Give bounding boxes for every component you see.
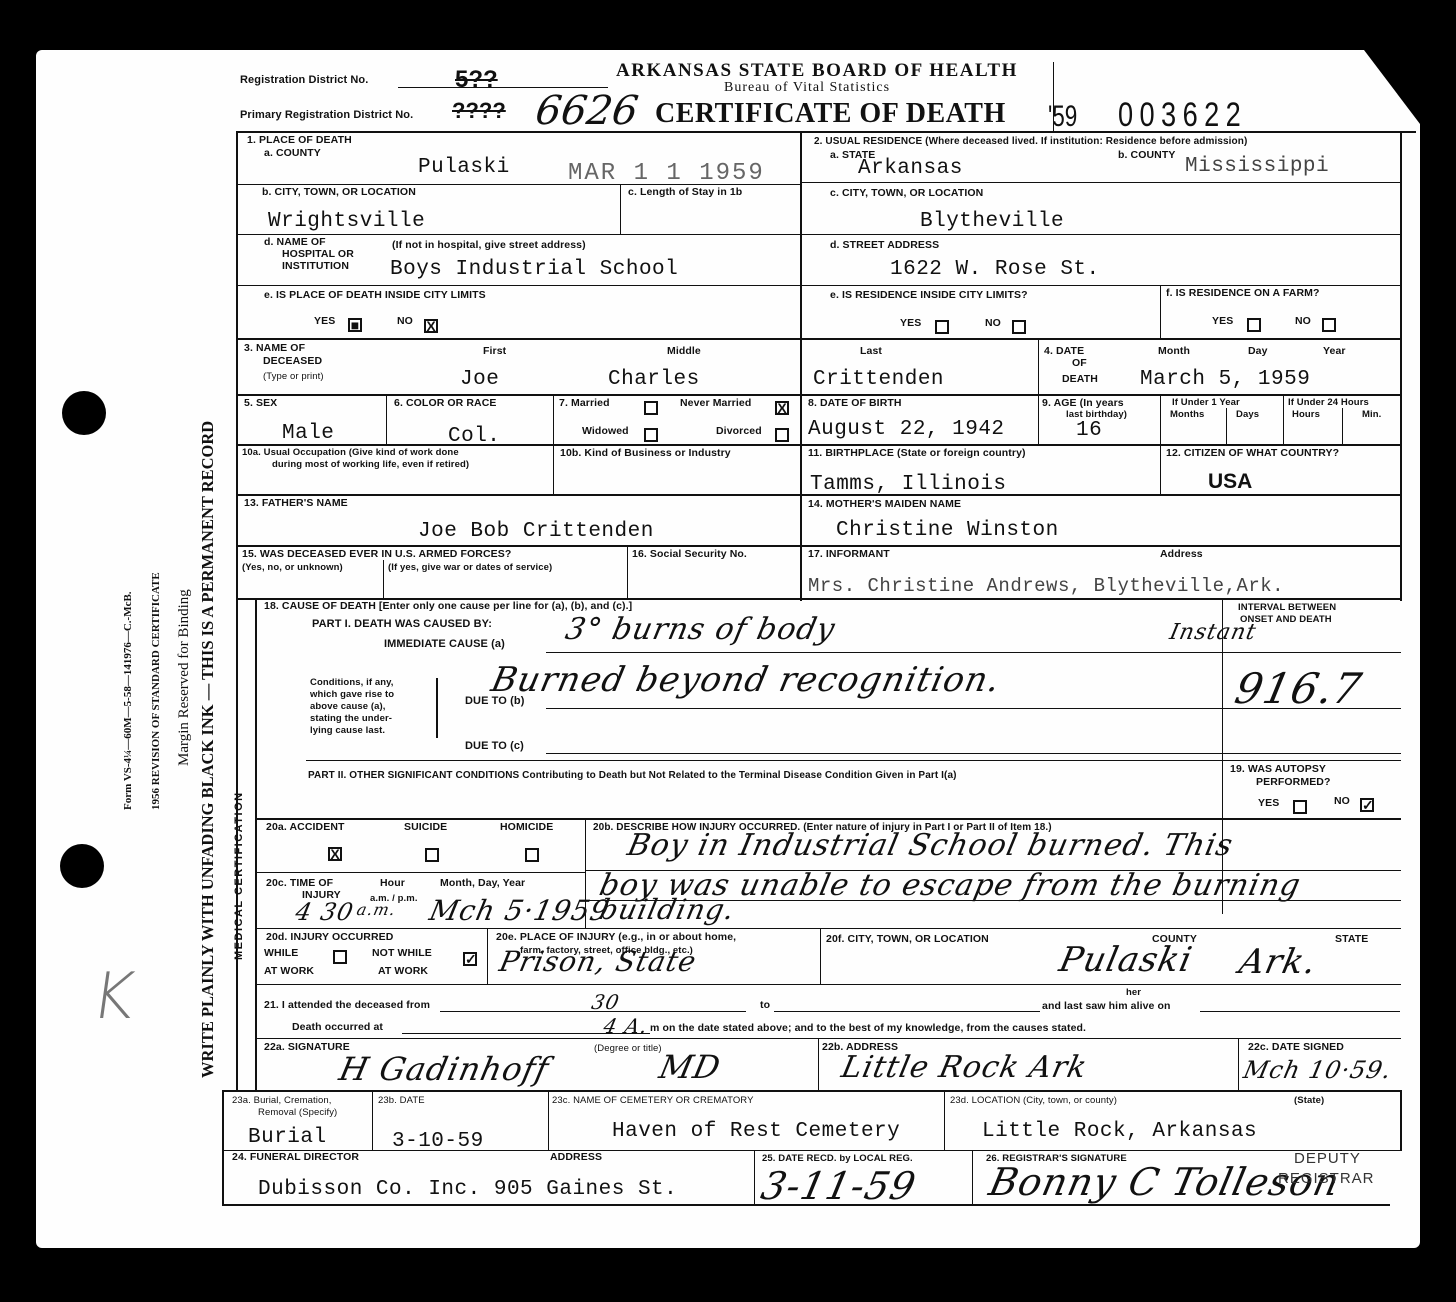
age-value: 16 (1076, 419, 1102, 442)
sex-label: 5. SEX (244, 398, 277, 409)
birthplace-label: 11. BIRTHPLACE (State or foreign country… (808, 448, 1026, 459)
agency-title: ARKANSAS STATE BOARD OF HEALTH (616, 60, 1018, 82)
conditions-note-2: which gave rise to (310, 690, 394, 700)
dod-month-label: Month (1158, 346, 1190, 357)
dob-label: 8. DATE OF BIRTH (808, 398, 902, 409)
residence-inside-no-checkbox[interactable] (1012, 320, 1026, 334)
form-bottom-border (222, 1204, 1390, 1206)
col-divider (1160, 285, 1161, 338)
sex-value: Male (282, 422, 334, 445)
injury-mdy-label: Month, Day, Year (440, 878, 525, 889)
binder-hole-bottom (60, 844, 104, 888)
date-received-label: 25. DATE RECD. by LOCAL REG. (762, 1154, 913, 1164)
col-divider (1226, 408, 1227, 444)
her-label: her (1126, 988, 1141, 998)
col-divider (1160, 394, 1161, 444)
widowed-label: Widowed (582, 426, 629, 437)
describe-injury-line-1: Boy in Industrial School burned. This (624, 828, 1236, 863)
row-divider (222, 1150, 1402, 1151)
residence-farm-label: f. IS RESIDENCE ON A FARM? (1166, 288, 1320, 299)
col-divider (820, 928, 821, 984)
inside-city-no-label: NO (397, 316, 413, 327)
injury-date-value: Mch 5·1959 (426, 894, 612, 927)
never-married-checkbox[interactable]: X (775, 401, 789, 415)
conditions-note-3: above cause (a), (310, 702, 386, 712)
middle-name-label: Middle (667, 346, 701, 357)
date-of-death-value: March 5, 1959 (1140, 368, 1310, 391)
not-while-at-work-checkbox[interactable]: ✓ (463, 952, 477, 966)
while-at-work-checkbox[interactable] (333, 950, 347, 964)
funeral-director-value: Dubisson Co. Inc. 905 Gaines St. (258, 1178, 677, 1201)
cemetery-label: 23c. NAME OF CEMETERY OR CREMATORY (552, 1096, 754, 1106)
never-married-label: Never Married (680, 398, 751, 409)
armed-forces-sub-1: (Yes, no, or unknown) (242, 563, 343, 573)
divorced-label: Divorced (716, 426, 762, 437)
age-label-1: 9. AGE (In years (1042, 398, 1124, 409)
date-of-death-label-2: OF (1072, 358, 1087, 369)
row-divider (800, 234, 1400, 235)
col-divider (1038, 338, 1039, 394)
date-signed-value: Mch 10·59. (1241, 1056, 1394, 1084)
residence-inside-yes-checkbox[interactable] (935, 320, 949, 334)
death-certificate-page (36, 50, 1420, 1248)
conditions-note-5: lying cause last. (310, 726, 385, 736)
row-divider (255, 928, 1401, 929)
homicide-label: HOMICIDE (500, 822, 553, 833)
form-left-border (236, 131, 238, 1091)
attended-to-label: to (760, 1000, 770, 1011)
col-divider (386, 394, 387, 444)
death-time-value: 4 A. (601, 1014, 650, 1038)
disposition-method-label-2: Removal (Specify) (258, 1108, 337, 1118)
row-divider (800, 182, 1400, 183)
row-divider (255, 1038, 1401, 1039)
time-of-injury-label-1: 20c. TIME OF (266, 878, 333, 889)
divorced-checkbox[interactable] (775, 428, 789, 442)
hours-label: Hours (1292, 410, 1320, 420)
inside-city-limits-label: e. IS PLACE OF DEATH INSIDE CITY LIMITS (264, 290, 486, 301)
physician-signature: H Gadinhoff (336, 1050, 553, 1088)
days-label: Days (1236, 410, 1259, 420)
injury-time-value: 4 30 (293, 898, 356, 926)
col-divider (818, 1038, 819, 1090)
row-divider (236, 545, 1402, 547)
inside-city-no-checkbox[interactable]: X (424, 319, 438, 333)
residence-street-label: d. STREET ADDRESS (830, 240, 939, 251)
primary-registration-district-struck: ???? (452, 98, 506, 124)
col-divider (487, 928, 488, 984)
due-to-c-label: DUE TO (c) (465, 741, 524, 752)
injury-ampm-value: a.m. (355, 900, 398, 919)
citizen-label: 12. CITIZEN OF WHAT COUNTRY? (1166, 448, 1339, 459)
attended-from-label: 21. I attended the deceased from (264, 1000, 430, 1011)
death-city-value: Wrightsville (268, 210, 425, 233)
dob-value: August 22, 1942 (808, 418, 1005, 441)
inside-city-yes-checkbox[interactable]: ■ (348, 318, 362, 332)
married-label: 7. Married (559, 398, 610, 409)
col-divider (1038, 394, 1039, 444)
place-of-injury-value: Prison, State (496, 945, 699, 978)
deceased-last-name: Crittenden (813, 368, 944, 391)
col-divider (754, 1150, 755, 1206)
certificate-number: 003622 (1118, 96, 1247, 135)
deceased-name-label-1: 3. NAME OF (244, 343, 305, 354)
row-divider (236, 494, 1402, 496)
bottom-left-border (222, 1090, 224, 1206)
col-divider (1283, 394, 1284, 444)
primary-registration-district-label: Primary Registration District No. (240, 110, 413, 121)
residence-inside-no-label: NO (985, 318, 1001, 329)
at-work-label: AT WORK (264, 966, 314, 977)
row-divider (236, 394, 1402, 396)
informant-label: 17. INFORMANT (808, 549, 890, 560)
form-right-border (1400, 131, 1402, 601)
injury-state-label: STATE (1335, 934, 1368, 945)
not-at-work-label: AT WORK (378, 966, 428, 977)
hour-label: Hour (380, 878, 405, 889)
form-top-border (236, 131, 1416, 133)
injury-county-value: Pulaski (1056, 940, 1196, 980)
residence-farm-yes-label: YES (1212, 316, 1233, 327)
mother-name-value: Christine Winston (836, 519, 1059, 542)
deputy-stamp-line-2: REGISTRAR (1278, 1170, 1375, 1187)
death-county-label: a. COUNTY (264, 148, 321, 159)
autopsy-label-1: 19. WAS AUTOPSY (1230, 764, 1326, 775)
row-divider (236, 234, 801, 235)
cemetery-value: Haven of Rest Cemetery (612, 1120, 900, 1143)
immediate-cause-label: IMMEDIATE CAUSE (a) (384, 639, 505, 650)
disposition-method-label-1: 23a. Burial, Cremation, (232, 1096, 331, 1106)
conditions-bracket (432, 678, 438, 738)
suicide-label: SUICIDE (404, 822, 447, 833)
last-name-label: Last (860, 346, 882, 357)
informant-value: Mrs. Christine Andrews, Blytheville,Ark. (808, 575, 1284, 597)
residence-farm-yes-checkbox[interactable] (1247, 318, 1261, 332)
deceased-middle-name: Charles (608, 368, 700, 391)
deputy-stamp-line-1: DEPUTY (1294, 1150, 1361, 1167)
months-label: Months (1170, 410, 1204, 420)
hospital-label-2: HOSPITAL OR (282, 249, 354, 260)
interval-label-2: ONSET AND DEATH (1240, 615, 1332, 625)
col-divider (1238, 1038, 1239, 1090)
physician-address-value: Little Rock Ark (838, 1050, 1090, 1085)
degree-label: (Degree or title) (594, 1044, 662, 1054)
binding-note: Margin Reserved for Binding (176, 589, 193, 766)
armed-forces-sub-2: (If yes, give war or dates of service) (388, 563, 552, 573)
homicide-checkbox[interactable] (525, 848, 539, 862)
occupation-label-2: during most of working life, even if ret… (272, 460, 469, 470)
form-number: Form VS-4¼—60M—5-58—141976—C.-McB. (122, 591, 134, 810)
col-divider (1342, 408, 1343, 444)
date-signed-label: 22c. DATE SIGNED (1248, 1042, 1344, 1053)
father-name-label: 13. FATHER'S NAME (244, 498, 348, 509)
due-to-b-value: Burned beyond recognition. (488, 660, 1004, 700)
date-of-death-label-3: DEATH (1062, 374, 1098, 385)
married-checkbox[interactable] (644, 401, 658, 415)
residence-farm-no-checkbox[interactable] (1322, 318, 1336, 332)
col-divider (383, 560, 384, 598)
part2-divider (306, 760, 1401, 761)
residence-county-label: b. COUNTY (1118, 150, 1175, 161)
injury-at-work-label: 20d. INJURY OCCURRED (266, 932, 393, 943)
hospital-label-1: d. NAME OF (264, 237, 326, 248)
last-saw-line (1200, 1011, 1400, 1012)
bureau-subtitle: Bureau of Vital Statistics (724, 80, 890, 96)
autopsy-no-checkbox[interactable]: ✓ (1360, 798, 1374, 812)
funeral-director-label: 24. FUNERAL DIRECTOR (232, 1152, 359, 1163)
row-divider (255, 872, 585, 873)
col-divider (372, 1090, 373, 1150)
death-city-label: b. CITY, TOWN, OR LOCATION (262, 187, 416, 198)
attended-from-value: 30 (589, 990, 622, 1014)
ssn-label: 16. Social Security No. (632, 549, 747, 560)
residence-state-value: Arkansas (858, 157, 963, 180)
col-divider (972, 1150, 973, 1206)
medical-cert-inner-border (255, 598, 257, 1090)
occupation-label-1: 10a. Usual Occupation (Give kind of work… (242, 448, 459, 458)
funeral-address-label: ADDRESS (550, 1152, 602, 1163)
father-name-value: Joe Bob Crittenden (418, 520, 654, 543)
residence-street-value: 1622 W. Rose St. (890, 258, 1100, 281)
disposition-date-label: 23b. DATE (378, 1096, 425, 1106)
document-title: CERTIFICATE OF DEATH (655, 98, 1006, 130)
residence-city-label: c. CITY, TOWN, OR LOCATION (830, 188, 983, 199)
conditions-note-1: Conditions, if any, (310, 678, 394, 688)
physician-degree: MD (656, 1048, 724, 1086)
due-to-b-line (546, 708, 1401, 709)
residence-county-value: Mississippi (1185, 155, 1329, 178)
row-divider (236, 285, 801, 286)
deceased-first-name: Joe (460, 368, 499, 391)
citizen-value: USA (1208, 470, 1252, 494)
hospital-note: (If not in hospital, give street address… (392, 240, 586, 251)
certificate-year-prefix: '59 (1048, 100, 1077, 134)
interval-b-value: 916.7 (1231, 664, 1367, 713)
residence-inside-yes-label: YES (900, 318, 921, 329)
death-occurred-statement: m on the date stated above; and to the b… (650, 1023, 1086, 1034)
hospital-label-3: INSTITUTION (282, 261, 349, 272)
due-to-c-line (546, 753, 1401, 754)
under-1yr-label: If Under 1 Year (1172, 398, 1240, 408)
residence-farm-no-label: NO (1295, 316, 1311, 327)
informant-address-label: Address (1160, 549, 1203, 560)
autopsy-label-2: PERFORMED? (1256, 777, 1331, 788)
autopsy-yes-label: YES (1258, 798, 1279, 809)
cause-of-death-section-label: 18. CAUSE OF DEATH [Enter only one cause… (264, 601, 632, 612)
accident-label: 20a. ACCIDENT (266, 822, 345, 833)
min-label: Min. (1362, 410, 1381, 420)
form-center-divider (800, 131, 802, 601)
place-of-death-section-label: 1. PLACE OF DEATH (247, 135, 352, 146)
interval-column-divider (1222, 598, 1223, 914)
part1-label: PART I. DEATH WAS CAUSED BY: (312, 619, 492, 630)
date-received-value: 3-11-59 (757, 1164, 920, 1208)
inside-city-yes-label: YES (314, 316, 335, 327)
widowed-checkbox[interactable] (644, 428, 658, 442)
row-divider (236, 444, 1402, 446)
place-of-injury-label: 20e. PLACE OF INJURY (e.g., in or about … (496, 932, 736, 943)
row-divider (236, 338, 1402, 340)
col-divider (627, 545, 628, 598)
col-divider (1160, 444, 1161, 494)
autopsy-no-label: NO (1334, 796, 1350, 807)
industry-label: 10b. Kind of Business or Industry (560, 448, 731, 459)
injury-state-value: Ark. (1236, 942, 1321, 982)
race-label: 6. COLOR OR RACE (394, 398, 497, 409)
deceased-name-label-3: (Type or print) (263, 372, 324, 382)
burial-state-label: (State) (1294, 1096, 1324, 1106)
death-occurred-label: Death occurred at (292, 1022, 383, 1033)
form-revision: 1956 REVISION OF STANDARD CERTIFICATE (150, 572, 162, 810)
row-divider (222, 1090, 1402, 1092)
length-of-stay-label: c. Length of Stay in 1b (628, 187, 742, 198)
received-date-stamp: MAR 1 1 1959 (568, 160, 765, 187)
row-divider (800, 285, 1400, 286)
under-24h-label: If Under 24 Hours (1288, 398, 1369, 408)
signature-label: 22a. SIGNATURE (264, 1042, 350, 1053)
col-divider (620, 184, 621, 234)
while-label: WHILE (264, 948, 298, 959)
accident-checkbox[interactable]: X (328, 847, 342, 861)
residence-city-value: Blytheville (920, 210, 1064, 233)
registration-district-value: 5?? (455, 66, 498, 94)
describe-injury-line-3: building. (596, 893, 738, 926)
col-divider (553, 394, 554, 444)
suicide-checkbox[interactable] (425, 848, 439, 862)
registration-district-label: Registration District No. (240, 75, 368, 86)
binder-hole-top (62, 391, 106, 435)
mother-name-label: 14. MOTHER'S MAIDEN NAME (808, 499, 961, 510)
row-divider (255, 984, 1401, 985)
burial-location-label: 23d. LOCATION (City, town, or county) (950, 1096, 1117, 1106)
conditions-note-4: stating the under- (310, 714, 392, 724)
bottom-right-border (1400, 1090, 1402, 1150)
row-divider (236, 184, 801, 185)
dod-day-label: Day (1248, 346, 1268, 357)
disposition-method-value: Burial (248, 1126, 327, 1149)
dod-year-label: Year (1323, 346, 1346, 357)
row-divider (255, 818, 1401, 820)
attended-to-line (774, 1011, 1040, 1012)
usual-residence-section-label: 2. USUAL RESIDENCE (Where deceased lived… (814, 136, 1247, 147)
immediate-cause-value: 3° burns of body (562, 612, 838, 647)
hospital-value: Boys Industrial School (390, 258, 678, 281)
armed-forces-label: 15. WAS DECEASED EVER IN U.S. ARMED FORC… (242, 549, 511, 560)
birthplace-value: Tamms, Illinois (810, 473, 1007, 496)
medical-certification-label: MEDICAL CERTIFICATION (233, 791, 245, 960)
residence-inside-city-label: e. IS RESIDENCE INSIDE CITY LIMITS? (830, 290, 1028, 301)
date-of-death-label-1: 4. DATE (1044, 346, 1084, 357)
injury-city-label: 20f. CITY, TOWN, OR LOCATION (826, 934, 989, 945)
part2-label: PART II. OTHER SIGNIFICANT CONDITIONS Co… (308, 770, 957, 781)
not-while-label: NOT WHILE (372, 948, 432, 959)
col-divider (944, 1090, 945, 1150)
deceased-name-label-2: DECEASED (263, 356, 322, 367)
immediate-cause-line (546, 652, 1401, 653)
last-saw-alive-label: and last saw him alive on (1042, 1001, 1171, 1012)
permanent-record-instruction: WRITE PLAINLY WITH UNFADING BLACK INK — … (198, 421, 218, 1078)
col-divider (553, 444, 554, 494)
autopsy-yes-checkbox[interactable] (1293, 800, 1307, 814)
burial-location-value: Little Rock, Arkansas (982, 1120, 1257, 1143)
death-county-value: Pulaski (418, 156, 510, 179)
primary-registration-district-value: 6626 (533, 88, 641, 134)
first-name-label: First (483, 346, 506, 357)
interval-label-1: INTERVAL BETWEEN (1238, 603, 1336, 613)
col-divider (548, 1090, 549, 1150)
